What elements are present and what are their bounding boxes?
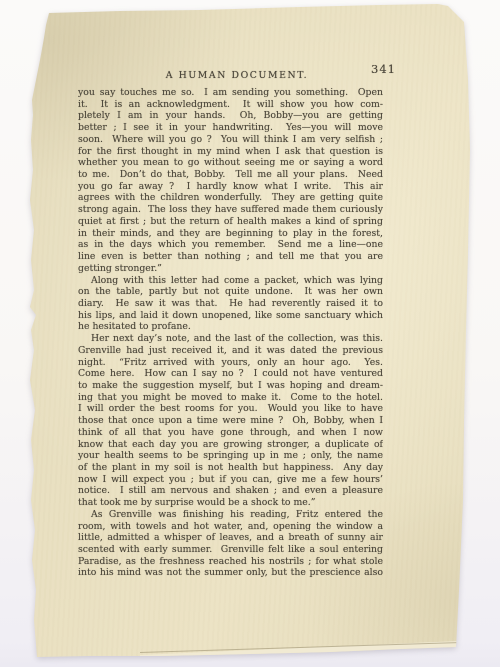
paragraph: As Grenville was finishing his reading, … [78,509,383,579]
text-line: know that each day you are growing stron… [78,439,383,451]
text-line: into his mind was not the summer only, b… [78,567,383,579]
page-header: A HUMAN DOCUMENT. 341 [78,63,396,77]
text-line: your health seems to be springing up in … [78,450,383,462]
text-line: think of all that you have gone through,… [78,427,383,439]
text-line: for the first thought in my mind when I … [78,146,383,158]
paragraph: you say touches me so. I am sending you … [78,87,383,275]
text-line: ing that you might be moved to make it. … [78,392,383,404]
text-line: Along with this letter had come a packet… [78,275,383,287]
text-line: Grenville had just received it, and it w… [78,345,383,357]
book-page: A HUMAN DOCUMENT. 341 you say touches me… [0,0,500,667]
text-line: notice. I still am nervous and shaken ; … [78,485,383,497]
text-line: whether you mean to go without seeing me… [78,157,383,169]
paragraph: Along with this letter had come a packet… [78,275,383,334]
text-line: those that once upon a time were mine ? … [78,415,383,427]
text-line: that took me by surprise would be a shoc… [78,497,383,509]
text-line: you say touches me so. I am sending you … [78,87,383,99]
text-line: you go far away ? I hardly know what I w… [78,181,383,193]
running-title: A HUMAN DOCUMENT. [166,70,308,81]
text-line: scented with early summer. Grenville fel… [78,544,383,556]
text-line: soon. Where will you go ? You will think… [78,134,383,146]
text-line: he hesitated to profane. [78,321,383,333]
text-line: his lips, and laid it down unopened, lik… [78,310,383,322]
scanned-book-photo: A HUMAN DOCUMENT. 341 you say touches me… [0,0,500,667]
page-number: 341 [371,62,396,76]
body-text: you say touches me so. I am sending you … [78,87,383,579]
text-line: pletely I am in your hands. Oh, Bobby—yo… [78,110,383,122]
text-line: night. “Fritz arrived with yours, only a… [78,357,383,369]
text-line: agrees with the children wonderfully. Th… [78,192,383,204]
text-line: now I will expect you ; but if you can, … [78,474,383,486]
text-line: in their minds, and they are beginning t… [78,228,383,240]
text-line: I will order the best rooms for you. Wou… [78,403,383,415]
text-line: Her next day’s note, and the last of the… [78,333,383,345]
text-line: diary. He saw it was that. He had revere… [78,298,383,310]
text-line: quiet at first ; but the return of healt… [78,216,383,228]
text-line: to make the suggestion myself, but I was… [78,380,383,392]
text-line: getting stronger.” [78,263,383,275]
text-line: of the plant in my soil is not health bu… [78,462,383,474]
text-line: as in the days which you remember. Send … [78,239,383,251]
text-line: little, admitted a whisper of leaves, an… [78,532,383,544]
text-line: on the table, partly but not quite undon… [78,286,383,298]
text-line: room, with towels and hot water, and, op… [78,521,383,533]
page-paper: A HUMAN DOCUMENT. 341 you say touches me… [0,0,500,667]
paragraph: Her next day’s note, and the last of the… [78,333,383,509]
text-line: strong again. The loss they have suffere… [78,204,383,216]
text-line: As Grenville was finishing his reading, … [78,509,383,521]
text-line: better ; I see it in your handwriting. Y… [78,122,383,134]
text-line: Come here. How can I say no ? I could no… [78,368,383,380]
text-line: Paradise, as the freshness reached his n… [78,556,383,568]
text-line: to me. Don’t do that, Bobby. Tell me all… [78,169,383,181]
text-line: line even is better than nothing ; and t… [78,251,383,263]
text-line: it. It is an acknowledgment. It will sho… [78,99,383,111]
